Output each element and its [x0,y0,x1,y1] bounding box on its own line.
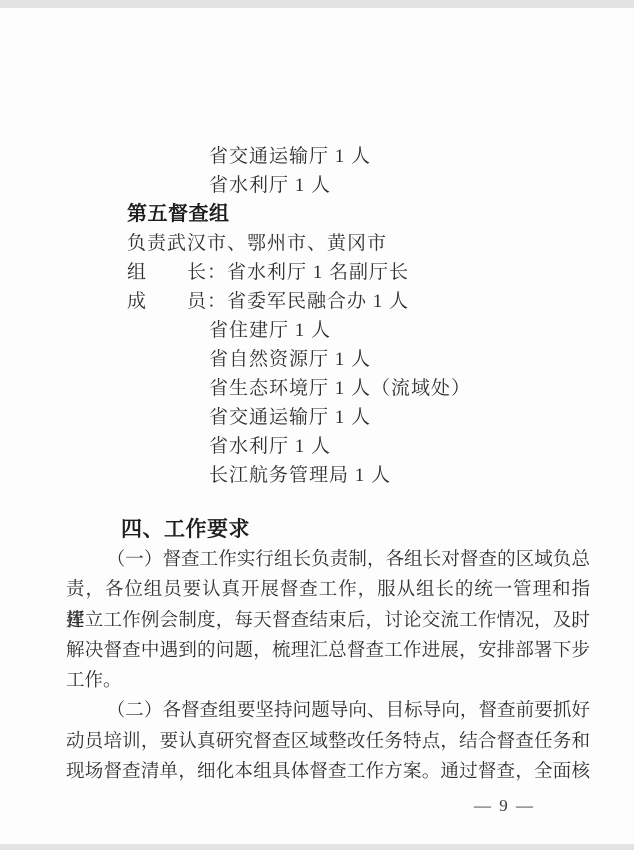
member-line: 省水利厅 1 人 [209,171,634,200]
group5-members-row: 成 员：省委军民融合办 1 人 [127,287,634,316]
para2-line: 现场督查清单，细化本组具体督查工作方案。通过督查，全面核 [66,757,590,787]
leader-value: 省水利厅 1 名副厅长 [227,262,409,283]
para1-line: 解决督查中遇到的问题，梳理汇总督查工作进展，安排部署下步 [66,636,590,666]
para2-line: （二）各督查组要坚持问题导向、目标导向，督查前要抓好 [66,696,590,726]
section4-title: 四、工作要求 [121,515,634,545]
member-line: 省交通运输厅 1 人 [209,403,634,432]
leader-label: 组 长： [127,262,227,283]
section4-paragraph-1: （一）督查工作实行组长负责制，各组长对督查的区域负总责，各位组员要认真开展督查工… [66,545,590,696]
para1-line: 建立工作例会制度，每天督查结束后，讨论交流工作情况，及时 [66,606,590,636]
member-line: 省水利厅 1 人 [209,432,634,461]
member-line: 省自然资源厅 1 人 [209,345,634,374]
scanned-document-page: 省交通运输厅 1 人省水利厅 1 人 第五督查组 负责武汉市、鄂州市、黄冈市 组… [0,0,634,850]
member-list-continuation: 省交通运输厅 1 人省水利厅 1 人 [0,142,634,200]
member-line: 省生态环境厅 1 人（流域处） [209,374,634,403]
para1-line: 工作。 [66,666,590,696]
members-first-value: 省委军民融合办 1 人 [227,291,409,312]
para2-line: 动员培训，要认真研究督查区域整改任务特点，结合督查任务和 [66,727,590,757]
group5-member-list: 省住建厅 1 人省自然资源厅 1 人省生态环境厅 1 人（流域处）省交通运输厅 … [0,316,634,490]
scan-edge-bottom [0,844,634,850]
section4-paragraph-2: （二）各督查组要坚持问题导向、目标导向，督查前要抓好动员培训，要认真研究督查区域… [66,696,590,787]
page-number: — 9 — [0,795,634,817]
para1-line: 责，各位组员要认真开展督查工作，服从组长的统一管理和指挥。 [66,575,590,605]
member-line: 省住建厅 1 人 [209,316,634,345]
scan-edge-top [0,0,634,8]
members-label: 成 员： [127,291,227,312]
group5-leader-row: 组 长：省水利厅 1 名副厅长 [127,258,634,287]
group5-scope: 负责武汉市、鄂州市、黄冈市 [127,229,634,258]
member-line: 省交通运输厅 1 人 [209,142,634,171]
member-line: 长江航务管理局 1 人 [209,461,634,490]
document-content: 省交通运输厅 1 人省水利厅 1 人 第五督查组 负责武汉市、鄂州市、黄冈市 组… [0,0,634,817]
group5-title: 第五督查组 [127,200,634,229]
para1-line: （一）督查工作实行组长负责制，各组长对督查的区域负总 [66,545,590,575]
